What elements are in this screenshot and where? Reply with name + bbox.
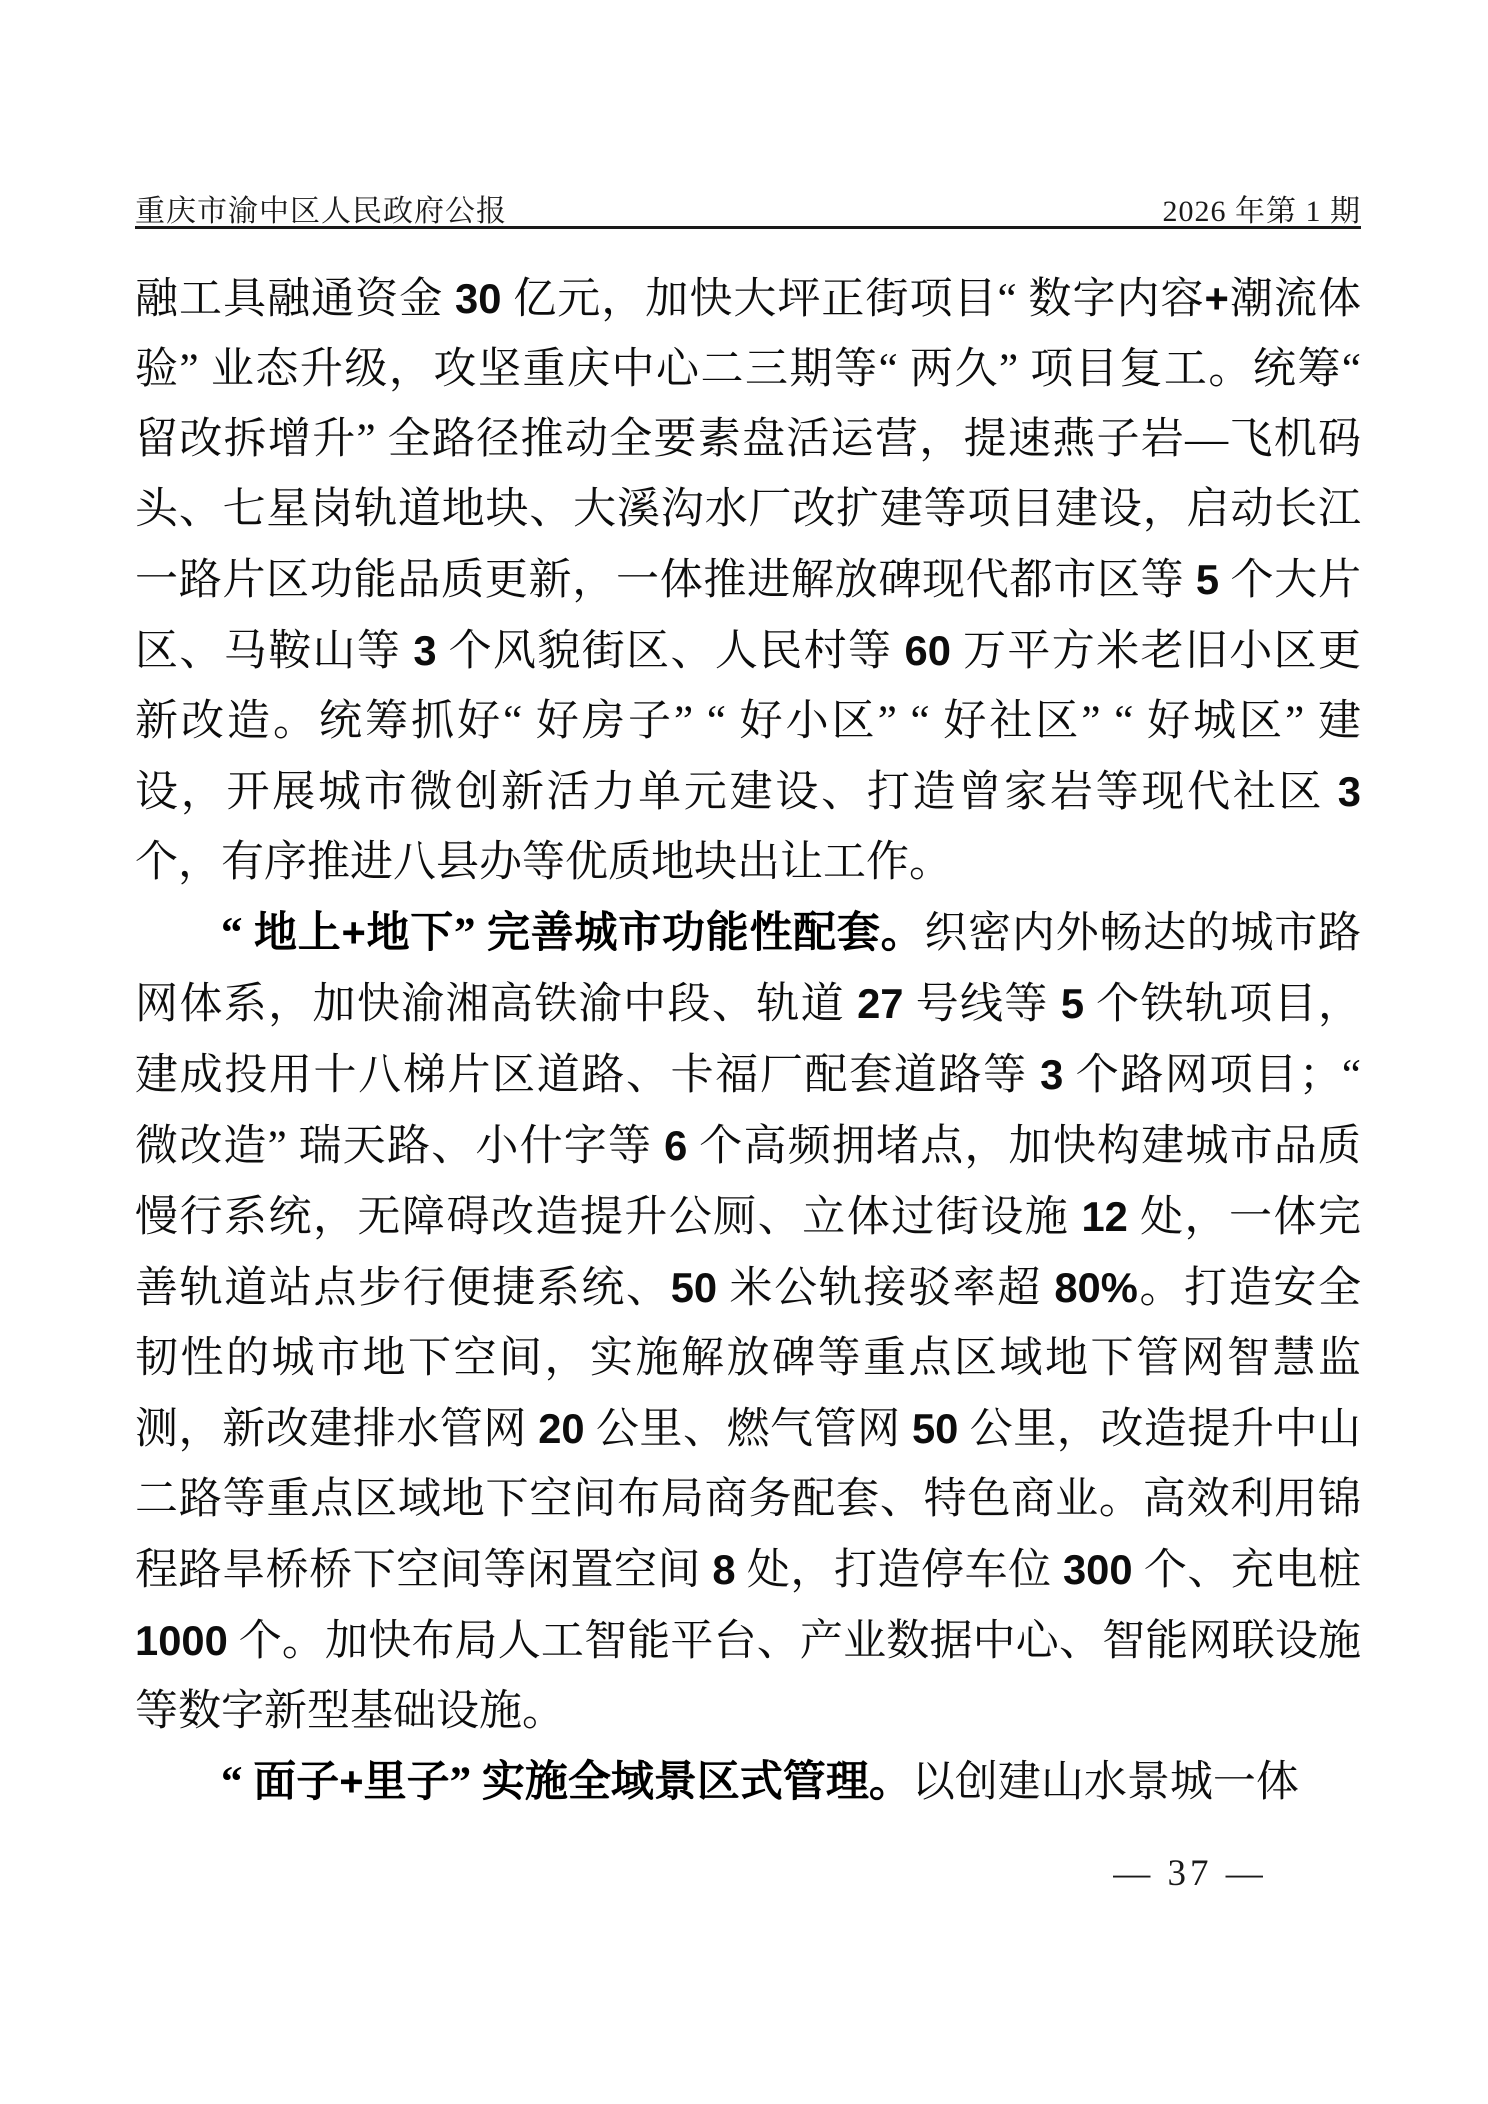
header-divider (135, 226, 1361, 229)
gazette-title: 重庆市渝中区人民政府公报 (135, 186, 507, 230)
paragraph-facade-interior-text: 以创建山水景城一体 (912, 1759, 1299, 1806)
page-footer: — 37 — (1060, 1852, 1320, 1895)
gazette-page: 重庆市渝中区人民政府公报 2026 年第 1 期 融工具融通资金 30 亿元，加… (0, 0, 1488, 2104)
paragraph-continuation: 融工具融通资金 30 亿元，加快大坪正街项目“ 数字内容+潮流体验” 业态升级，… (135, 264, 1361, 898)
issue-label: 2026 年第 1 期 (1163, 186, 1362, 230)
paragraph-facade-interior-lead: “ 面子+里子” 实施全域景区式管理。 (221, 1759, 912, 1806)
page-number: — 37 — (1113, 1853, 1267, 1894)
page-header: 重庆市渝中区人民政府公报 2026 年第 1 期 (135, 186, 1361, 230)
paragraph-aboveground-underground: “ 地上+地下” 完善城市功能性配套。织密内外畅达的城市路网体系，加快渝湘高铁渝… (135, 898, 1361, 1747)
paragraph-facade-interior: “ 面子+里子” 实施全域景区式管理。以创建山水景城一体 (135, 1747, 1361, 1818)
paragraph-aboveground-underground-lead: “ 地上+地下” 完善城市功能性配套。 (221, 910, 924, 957)
document-body: 融工具融通资金 30 亿元，加快大坪正街项目“ 数字内容+潮流体验” 业态升级，… (135, 264, 1361, 1818)
paragraph-continuation-text: 融工具融通资金 30 亿元，加快大坪正街项目“ 数字内容+潮流体验” 业态升级，… (135, 276, 1361, 886)
paragraph-aboveground-underground-text: 织密内外畅达的城市路网体系，加快渝湘高铁渝中段、轨道 27 号线等 5 个铁轨项… (135, 910, 1361, 1735)
